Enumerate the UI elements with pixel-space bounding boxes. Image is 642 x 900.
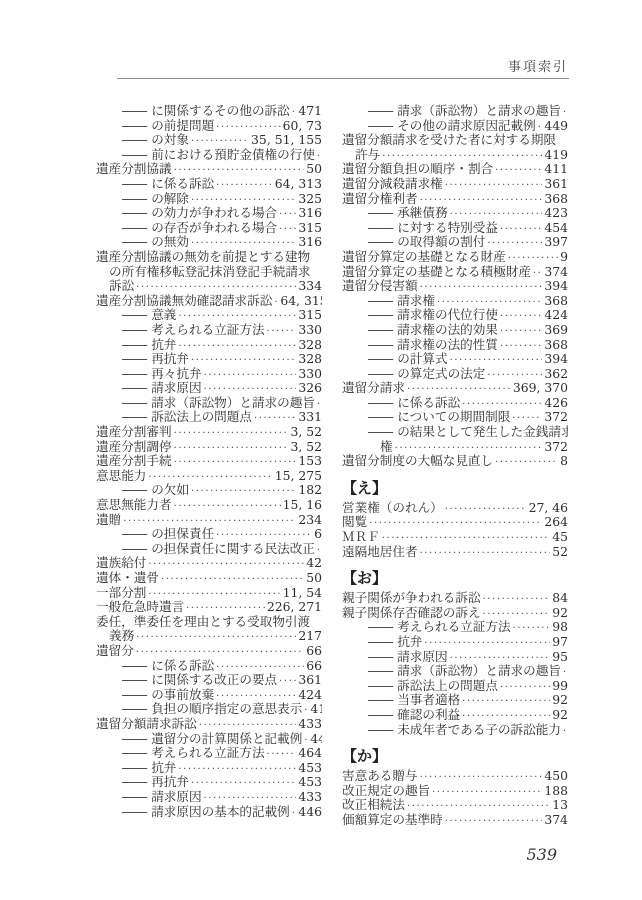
index-entry: 遺産分割調停3, 52 xyxy=(96,440,322,455)
entry-page-number: 330 xyxy=(298,323,322,338)
entry-text: ―― 訴訟法上の問題点 xyxy=(368,679,498,694)
entry-text: ―― の担保責任 xyxy=(122,527,214,542)
entry-text: 訴訟 xyxy=(109,279,134,294)
index-entry: 遺産分割協議50 xyxy=(96,162,322,177)
dot-leader xyxy=(136,279,296,294)
entry-page-number: 27, 46 xyxy=(529,501,568,516)
index-entry: ―― 考えられる立証方法330 xyxy=(96,323,322,338)
dot-leader xyxy=(279,673,296,688)
index-entry: の所有権移転登記抹消登記手続請求 xyxy=(96,265,322,280)
index-entry: 遺留分請求369, 370 xyxy=(342,381,568,396)
index-entry: 遺産分割協議の無効を前提とする建物 xyxy=(96,250,322,265)
section-heading: 【え】 xyxy=(342,478,568,499)
dot-leader xyxy=(204,790,297,805)
entry-page-number: 84 xyxy=(552,591,568,606)
entry-text: 閲覧 xyxy=(342,515,367,530)
index-entry: ―― 請求（訴訟物）と請求の趣旨94 xyxy=(342,664,568,679)
index-entry: ―― の結果として発生した金銭請求 xyxy=(342,425,568,440)
index-entry: ―― に係る訴訟66 xyxy=(96,659,322,674)
dot-leader xyxy=(487,367,542,382)
entry-text: ―― 抗弁 xyxy=(122,761,176,776)
dot-leader xyxy=(161,571,304,586)
entry-page-number: 97 xyxy=(552,635,568,650)
entry-page-number: 153 xyxy=(298,454,322,469)
running-head: 事項索引 xyxy=(508,56,568,75)
dot-leader xyxy=(174,440,289,455)
index-entry: 遺留分66 xyxy=(96,644,322,659)
entry-text: 遺留分 xyxy=(96,644,134,659)
entry-text: 改正規定の趣旨 xyxy=(342,784,430,799)
dot-leader xyxy=(178,338,296,353)
entry-text: 遺産分割審判 xyxy=(96,425,172,440)
entry-text: 意思能力 xyxy=(96,469,146,484)
index-entry: 閲覧264 xyxy=(342,515,568,530)
dot-leader xyxy=(148,556,304,571)
dot-leader xyxy=(178,308,296,323)
entry-text: ―― 考えられる立証方法 xyxy=(368,620,511,635)
entry-text: ―― の事前放棄 xyxy=(122,688,214,703)
entry-page-number: 316 xyxy=(298,235,322,250)
entry-text: 害意ある贈与 xyxy=(342,769,418,784)
entry-page-number: 64, 313 xyxy=(275,177,322,192)
entry-text: ―― その他の請求原因記載例 xyxy=(368,119,536,134)
entry-page-number: 52 xyxy=(552,545,568,560)
dot-leader xyxy=(538,119,543,134)
entry-text: 遺留分額請求訴訟 xyxy=(96,717,197,732)
entry-page-number: 397 xyxy=(544,235,568,250)
dot-leader xyxy=(148,586,280,601)
entry-text: 遺産分割協議無効確認請求訴訟 xyxy=(96,294,272,309)
entry-page-number: 35, 51, 155 xyxy=(251,133,322,148)
dot-leader xyxy=(495,162,542,177)
index-column-left: ―― に関係するその他の訴訟471―― の前提問題60, 73―― の対象35,… xyxy=(96,104,322,819)
entry-text: 遺体・遺骨 xyxy=(96,571,159,586)
entry-page-number: 98 xyxy=(552,620,568,635)
entry-text: ―― の対象 xyxy=(122,133,189,148)
index-entry: ―― その他の請求原因記載例449 xyxy=(342,119,568,134)
entry-page-number: 9 xyxy=(560,250,568,265)
entry-text: ―― の結果として発生した金銭請求 xyxy=(368,425,568,440)
entry-text: ―― 再抗弁 xyxy=(122,352,189,367)
entry-text: 遺族給付 xyxy=(96,556,146,571)
entry-text: 許与 xyxy=(355,148,380,163)
entry-text: ―― に係る訴訟 xyxy=(122,659,214,674)
index-entry: ―― の前提問題60, 73 xyxy=(96,119,322,134)
entry-text: 遺留分権利者 xyxy=(342,192,418,207)
entry-text: 遺産分割手続 xyxy=(96,454,172,469)
index-entry: 遺留分額請求を受けた者に対する期限 xyxy=(342,133,568,148)
dot-leader xyxy=(186,600,265,615)
dot-leader xyxy=(199,717,297,732)
entry-text: ―― 再々抗弁 xyxy=(122,367,202,382)
index-entry: 許与419 xyxy=(342,148,568,163)
dot-leader xyxy=(407,798,550,813)
entry-text: 遺留分額請求を受けた者に対する期限 xyxy=(342,133,556,148)
entry-text: ―― 抗弁 xyxy=(122,338,176,353)
entry-page-number: 316 xyxy=(298,206,322,221)
entry-page-number: 362 xyxy=(544,367,568,382)
dot-leader xyxy=(432,784,542,799)
dot-leader xyxy=(563,723,567,738)
dot-leader xyxy=(216,119,280,134)
index-entry: 義務217 xyxy=(96,629,322,644)
entry-page-number: 424 xyxy=(298,688,322,703)
index-entry: 遺留分減殺請求権361 xyxy=(342,177,568,192)
entry-page-number: 411 xyxy=(544,162,568,177)
entry-text: ―― についての期間制限 xyxy=(368,410,510,425)
entry-text: ―― 請求（訴訟物）と請求の趣旨 xyxy=(368,664,561,679)
entry-text: ―― に関係するその他の訴訟 xyxy=(122,104,290,119)
dot-leader xyxy=(191,235,296,250)
index-entry: ―― に関係する改正の要点361 xyxy=(96,673,322,688)
entry-text: ―― 請求原因の基本的記載例 xyxy=(122,805,290,820)
entry-text: ―― に係る訴訟 xyxy=(122,177,214,192)
entry-text: ―― 前における預貯金債権の行使 xyxy=(122,148,315,163)
entry-text: 改正相続法 xyxy=(342,798,405,813)
dot-leader xyxy=(420,769,543,784)
index-entry: ―― の取得額の割付397 xyxy=(342,235,568,250)
index-entry: ―― 抗弁97 xyxy=(342,635,568,650)
index-entry: ―― 再々抗弁330 xyxy=(96,367,322,382)
entry-page-number: 92 xyxy=(552,708,568,723)
entry-text: ―― の担保責任に関する民法改正 xyxy=(122,542,315,557)
index-entry: 遺留分権利者368 xyxy=(342,192,568,207)
index-entry: ―― 訴訟法上の問題点99 xyxy=(342,679,568,694)
entry-page-number: 447 xyxy=(310,732,322,747)
entry-page-number: 423 xyxy=(544,206,568,221)
entry-text: 遺留分請求 xyxy=(342,381,405,396)
entry-text: 義務 xyxy=(109,629,134,644)
entry-page-number: 394 xyxy=(544,279,568,294)
index-entry: ―― の無効316 xyxy=(96,235,322,250)
index-entry: ―― 請求原因95 xyxy=(342,650,568,665)
dot-leader xyxy=(292,104,297,119)
entry-text: ―― 負担の順序指定の意思表示 xyxy=(122,702,302,717)
entry-text: 意思無能力者 xyxy=(96,498,172,513)
index-entry: ―― 請求権の法的効果369 xyxy=(342,323,568,338)
entry-page-number: 13 xyxy=(552,798,568,813)
dot-leader xyxy=(420,192,543,207)
entry-text: 遺留分算定の基礎となる財産 xyxy=(342,250,506,265)
index-entry: 価額算定の基準時374 xyxy=(342,813,568,828)
entry-page-number: 8 xyxy=(560,454,568,469)
entry-page-number: 433 xyxy=(298,717,322,732)
index-entry: ―― の対象35, 51, 155 xyxy=(96,133,322,148)
entry-text: ―― 訴訟法上の問題点 xyxy=(122,410,252,425)
dot-leader xyxy=(500,338,542,353)
index-entry: ―― 承継債務423 xyxy=(342,206,568,221)
page-number: 539 xyxy=(526,845,557,864)
dot-leader xyxy=(407,381,511,396)
entry-page-number: 368 xyxy=(544,294,568,309)
dot-leader xyxy=(279,221,296,236)
index-entry: 一部分割11, 54 xyxy=(96,586,322,601)
entry-page-number: 453 xyxy=(298,761,322,776)
entry-page-number: 226, 271 xyxy=(267,600,322,615)
dot-leader xyxy=(317,542,321,557)
entry-page-number: 361 xyxy=(298,673,322,688)
entry-text: ―― 確認の利益 xyxy=(368,708,460,723)
entry-page-number: 374 xyxy=(544,265,568,280)
dot-leader xyxy=(216,177,273,192)
dot-leader xyxy=(191,775,296,790)
entry-text: ―― に係る訴訟 xyxy=(368,396,460,411)
index-entry: 遺留分額負担の順序・割合411 xyxy=(342,162,568,177)
entry-text: ―― 請求権の法的効果 xyxy=(368,323,498,338)
entry-page-number: 471 xyxy=(298,104,322,119)
index-entry: ―― 請求（訴訟物）と請求の趣旨433 xyxy=(342,104,568,119)
index-entry: ―― の担保責任6 xyxy=(96,527,322,542)
entry-page-number: 372 xyxy=(544,410,568,425)
dot-leader xyxy=(136,629,296,644)
entry-page-number: 66 xyxy=(306,659,322,674)
section-heading: 【お】 xyxy=(342,568,568,589)
entry-page-number: 234 xyxy=(298,513,322,528)
index-entry: 改正相続法13 xyxy=(342,798,568,813)
entry-page-number: 424 xyxy=(544,308,568,323)
dot-leader xyxy=(382,530,550,545)
dot-leader xyxy=(382,148,542,163)
dot-leader xyxy=(148,469,272,484)
index-entry: ―― に係る訴訟426 xyxy=(342,396,568,411)
dot-leader xyxy=(274,294,278,309)
dot-leader xyxy=(317,148,321,163)
entry-page-number: 372 xyxy=(544,440,568,455)
dot-leader xyxy=(369,515,542,530)
index-entry: ―― 訴訟法上の問題点331 xyxy=(96,410,322,425)
entry-text: ＭＲＦ xyxy=(342,530,380,545)
index-entry: 遺贈234 xyxy=(96,513,322,528)
dot-leader xyxy=(204,367,297,382)
dot-leader xyxy=(174,498,281,513)
index-entry: ―― 再抗弁453 xyxy=(96,775,322,790)
dot-leader xyxy=(462,396,542,411)
entry-text: ―― の欠如 xyxy=(122,483,189,498)
dot-leader xyxy=(216,659,304,674)
entry-text: ―― 請求原因 xyxy=(368,650,448,665)
entry-text: ―― 考えられる立証方法 xyxy=(122,746,265,761)
entry-text: ―― に関係する改正の要点 xyxy=(122,673,277,688)
index-entry: 遺留分制度の大幅な見直し8 xyxy=(342,454,568,469)
entry-page-number: 426 xyxy=(544,396,568,411)
dot-leader xyxy=(500,679,550,694)
index-entry: ―― の算定式の法定362 xyxy=(342,367,568,382)
entry-text: ―― 請求原因 xyxy=(122,790,202,805)
entry-text: ―― 承継債務 xyxy=(368,206,448,221)
entry-text: ―― の無効 xyxy=(122,235,189,250)
entry-page-number: 66 xyxy=(306,644,322,659)
dot-leader xyxy=(462,693,550,708)
index-entry: ―― の事前放棄424 xyxy=(96,688,322,703)
index-entry: 遺留分算定の基礎となる財産9 xyxy=(342,250,568,265)
entry-page-number: 334 xyxy=(298,279,322,294)
entry-page-number: 99 xyxy=(552,679,568,694)
entry-page-number: 3, 52 xyxy=(290,425,322,440)
index-entry: 意思能力15, 275 xyxy=(96,469,322,484)
dot-leader xyxy=(420,279,543,294)
index-entry: ―― の解除325 xyxy=(96,192,322,207)
dot-leader xyxy=(437,294,542,309)
dot-leader xyxy=(216,688,296,703)
index-entry: ―― 負担の順序指定の意思表示411, 460 xyxy=(96,702,322,717)
entry-text: 遺産分割協議の無効を前提とする建物 xyxy=(96,250,310,265)
index-entry: 改正規定の趣旨188 xyxy=(342,784,568,799)
index-entry: ―― についての期間制限372 xyxy=(342,410,568,425)
dot-leader xyxy=(216,527,312,542)
index-entry: 遺産分割審判3, 52 xyxy=(96,425,322,440)
index-entry: ―― 考えられる立証方法464 xyxy=(96,746,322,761)
index-column-right: ―― 請求（訴訟物）と請求の趣旨433―― その他の請求原因記載例449遺留分額… xyxy=(342,104,568,828)
entry-page-number: 60, 73 xyxy=(283,119,322,134)
index-entry: ―― 確認の利益92 xyxy=(342,708,568,723)
entry-page-number: 188 xyxy=(544,784,568,799)
dot-leader xyxy=(500,308,542,323)
entry-text: ―― に対する特別受益 xyxy=(368,221,498,236)
entry-text: 一般危急時遺言 xyxy=(96,600,184,615)
dot-leader xyxy=(304,732,308,747)
entry-page-number: 3, 52 xyxy=(290,440,322,455)
index-entry: 遺留分侵害額394 xyxy=(342,279,568,294)
entry-page-number: 15, 275 xyxy=(275,469,322,484)
entry-page-number: 315 xyxy=(298,308,322,323)
dot-leader xyxy=(191,483,296,498)
entry-text: ―― 未成年者である子の訴訟能力 xyxy=(368,723,561,738)
index-entry: 親子関係存否確認の訴え92 xyxy=(342,606,568,621)
entry-text: ―― 再抗弁 xyxy=(122,775,189,790)
entry-text: 遺留分減殺請求権 xyxy=(342,177,443,192)
index-entry: ―― 当事者適格92 xyxy=(342,693,568,708)
entry-page-number: 446 xyxy=(298,805,322,820)
entry-text: ―― の取得額の割付 xyxy=(368,235,485,250)
dot-leader xyxy=(204,381,297,396)
entry-text: ―― 考えられる立証方法 xyxy=(122,323,265,338)
book-index-page: 事項索引 ―― に関係するその他の訴訟471―― の前提問題60, 73―― の… xyxy=(0,0,642,900)
entry-text: 遺産分割調停 xyxy=(96,440,172,455)
entry-page-number: 411, 460 xyxy=(310,702,322,717)
dot-leader xyxy=(191,133,249,148)
entry-page-number: 330 xyxy=(298,367,322,382)
dot-leader xyxy=(304,702,308,717)
dot-leader xyxy=(462,708,550,723)
dot-leader xyxy=(450,352,543,367)
dot-leader xyxy=(483,591,551,606)
entry-text: ―― の算定式の法定 xyxy=(368,367,485,382)
entry-text: の所有権移転登記抹消登記手続請求 xyxy=(109,265,311,280)
header-rule xyxy=(117,78,569,79)
dot-leader xyxy=(495,454,558,469)
entry-page-number: 331 xyxy=(298,410,322,425)
index-entry: ―― の効力が争われる場合316 xyxy=(96,206,322,221)
entry-page-number: 368 xyxy=(544,338,568,353)
dot-leader xyxy=(136,644,304,659)
entry-text: ―― 抗弁 xyxy=(368,635,422,650)
entry-text: ―― の計算式 xyxy=(368,352,448,367)
dot-leader xyxy=(123,513,296,528)
index-entry: ―― 請求原因の基本的記載例446 xyxy=(96,805,322,820)
index-entry: 害意ある贈与450 xyxy=(342,769,568,784)
dot-leader xyxy=(292,805,297,820)
index-entry: ―― 遺留分の計算関係と記載例447 xyxy=(96,732,322,747)
index-entry: ―― の計算式394 xyxy=(342,352,568,367)
index-entry: 訴訟334 xyxy=(96,279,322,294)
index-entry: ―― 請求権の法的性質368 xyxy=(342,338,568,353)
entry-text: ―― の前提問題 xyxy=(122,119,214,134)
dot-leader xyxy=(450,650,551,665)
dot-leader xyxy=(178,761,296,776)
entry-text: 委任，準委任を理由とする受取物引渡 xyxy=(96,615,310,630)
index-entry: 遺留分額請求訴訟433 xyxy=(96,717,322,732)
index-entry: 遺族給付42 xyxy=(96,556,322,571)
dot-leader xyxy=(267,323,297,338)
entry-page-number: 15, 16 xyxy=(283,498,322,513)
index-entry: ―― 請求（訴訟物）と請求の趣旨326 xyxy=(96,396,322,411)
entry-page-number: 450 xyxy=(544,769,568,784)
entry-page-number: 328 xyxy=(298,352,322,367)
index-entry: 遺産分割協議無効確認請求訴訟64, 315 xyxy=(96,294,322,309)
section-heading: 【か】 xyxy=(342,746,568,767)
index-entry: 一般危急時遺言226, 271 xyxy=(96,600,322,615)
entry-text: 遠隔地居住者 xyxy=(342,545,418,560)
index-entry: 遺産分割手続153 xyxy=(96,454,322,469)
index-entry: ―― 請求権の代位行使424 xyxy=(342,308,568,323)
index-entry: ―― の担保責任に関する民法改正236 xyxy=(96,542,322,557)
entry-page-number: 325 xyxy=(298,192,322,207)
dot-leader xyxy=(191,192,296,207)
entry-text: ―― 請求権の代位行使 xyxy=(368,308,498,323)
entry-page-number: 374 xyxy=(544,813,568,828)
entry-page-number: 326 xyxy=(298,381,322,396)
dot-leader xyxy=(483,606,551,621)
dot-leader xyxy=(267,746,297,761)
entry-page-number: 92 xyxy=(552,606,568,621)
index-entry: ―― に対する特別受益454 xyxy=(342,221,568,236)
entry-text: 親子関係存否確認の訴え xyxy=(342,606,481,621)
index-entry: ―― に関係するその他の訴訟471 xyxy=(96,104,322,119)
entry-page-number: 454 xyxy=(544,221,568,236)
dot-leader xyxy=(500,323,542,338)
dot-leader xyxy=(563,664,567,679)
dot-leader xyxy=(533,265,542,280)
entry-page-number: 50 xyxy=(306,571,322,586)
entry-text: ―― 遺留分の計算関係と記載例 xyxy=(122,732,302,747)
index-entry: 権372 xyxy=(342,440,568,455)
entry-text: ―― 意義 xyxy=(122,308,176,323)
dot-leader xyxy=(445,813,543,828)
entry-page-number: 6 xyxy=(314,527,322,542)
entry-text: 遺留分算定の基礎となる積極財産 xyxy=(342,265,531,280)
entry-text: 遺産分割協議 xyxy=(96,162,172,177)
dot-leader xyxy=(317,396,321,411)
index-entry: ＭＲＦ45 xyxy=(342,530,568,545)
entry-page-number: 328 xyxy=(298,338,322,353)
dot-leader xyxy=(174,454,297,469)
entry-text: ―― の存否が争われる場合 xyxy=(122,221,277,236)
index-entry: ―― 請求原因433 xyxy=(96,790,322,805)
dot-leader xyxy=(395,440,543,455)
entry-text: ―― 当事者適格 xyxy=(368,693,460,708)
entry-text: ―― 請求権の法的性質 xyxy=(368,338,498,353)
entry-page-number: 449 xyxy=(544,119,568,134)
entry-page-number: 45 xyxy=(552,530,568,545)
entry-page-number: 369 xyxy=(544,323,568,338)
entry-page-number: 361 xyxy=(544,177,568,192)
dot-leader xyxy=(487,235,542,250)
dot-leader xyxy=(191,352,296,367)
index-entry: ―― 請求原因326 xyxy=(96,381,322,396)
index-entry: ―― 請求権368 xyxy=(342,294,568,309)
entry-text: ―― の効力が争われる場合 xyxy=(122,206,277,221)
index-entry: ―― 考えられる立証方法98 xyxy=(342,620,568,635)
